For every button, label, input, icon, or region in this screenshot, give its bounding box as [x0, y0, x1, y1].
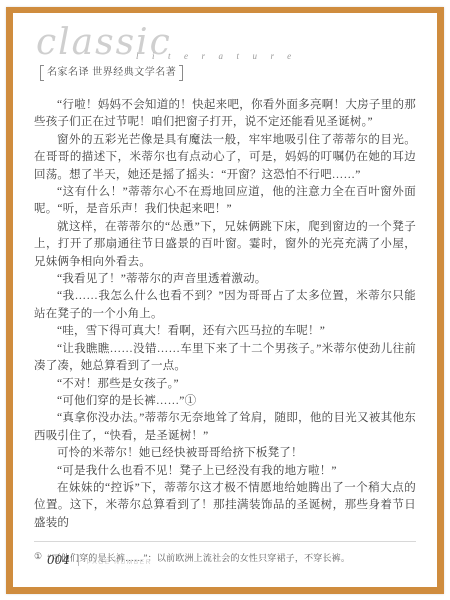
body-paragraph: “哇，雪下得可真大！看啊，还有六匹马拉的车呢！” — [34, 323, 416, 340]
body-paragraph: “让我瞧瞧……没错……车里下来了十二个男孩子。”米蒂尔使劲儿往前凑了凑，她总算看… — [34, 341, 416, 376]
body-paragraph: “我看见了！”蒂蒂尔的声音里透着激动。 — [34, 271, 416, 288]
body-paragraph: “这有什么！”蒂蒂尔心不在焉地回应道，他的注意力全在百叶窗外面呢。“听，是音乐声… — [34, 184, 416, 219]
book-page: classic literature 名家名译 世界经典文学名著 “行啦！妈妈不… — [0, 0, 450, 600]
body-paragraph: 可怜的米蒂尔！她已经快被哥哥给挤下板凳了！ — [34, 445, 416, 462]
body-paragraph: 窗外的五彩光芒像是具有魔法一般，牢牢地吸引住了蒂蒂尔的目光。在哥哥的描述下，米蒂… — [34, 132, 416, 184]
footnote-divider — [34, 541, 416, 542]
page-footer: 004 PAGE NUMBER — [47, 553, 152, 567]
footer-separator — [78, 555, 79, 566]
page-header: classic literature 名家名译 世界经典文学名著 — [34, 27, 416, 89]
body-text: “行啦！妈妈不会知道的！快起来吧，你看外面多亮啊！大房子里的那些孩子们正在过节呢… — [34, 97, 416, 532]
series-label: 名家名译 世界经典文学名著 — [44, 65, 179, 81]
body-paragraph: “真拿你没办法。”蒂蒂尔无奈地耸了耸肩，随即，他的目光又被其他东西吸引住了，“快… — [34, 410, 416, 445]
series-label-box: 名家名译 世界经典文学名著 — [40, 65, 183, 81]
body-paragraph: 就这样，在蒂蒂尔的“怂恿”下，兄妹俩跳下床，爬到窗边的一个凳子上，打开了那扇通往… — [34, 219, 416, 271]
page-number-label: PAGE NUMBER — [87, 559, 152, 566]
footnote-marker: ① — [34, 551, 42, 564]
body-paragraph: “行啦！妈妈不会知道的！快起来吧，你看外面多亮啊！大房子里的那些孩子们正在过节呢… — [34, 97, 416, 132]
body-paragraph: “可他们穿的是长裤……”① — [34, 393, 416, 410]
series-letters: literature — [136, 51, 305, 61]
page-number: 004 — [47, 553, 70, 567]
body-paragraph: “我……我怎么什么也看不到？”因为哥哥占了太多位置，米蒂尔只能站在凳子的一个小角… — [34, 288, 416, 323]
body-paragraph: “可是我什么也看不见！凳子上已经没有我的地方啦！” — [34, 463, 416, 480]
body-paragraph: 在妹妹的“控诉”下，蒂蒂尔这才极不情愿地给她腾出了一个稍大点的位置。这下，米蒂尔… — [34, 480, 416, 532]
page-content: classic literature 名家名译 世界经典文学名著 “行啦！妈妈不… — [13, 13, 437, 587]
body-paragraph: “不对！那些是女孩子。” — [34, 376, 416, 393]
bracket-right-decoration — [179, 65, 183, 81]
